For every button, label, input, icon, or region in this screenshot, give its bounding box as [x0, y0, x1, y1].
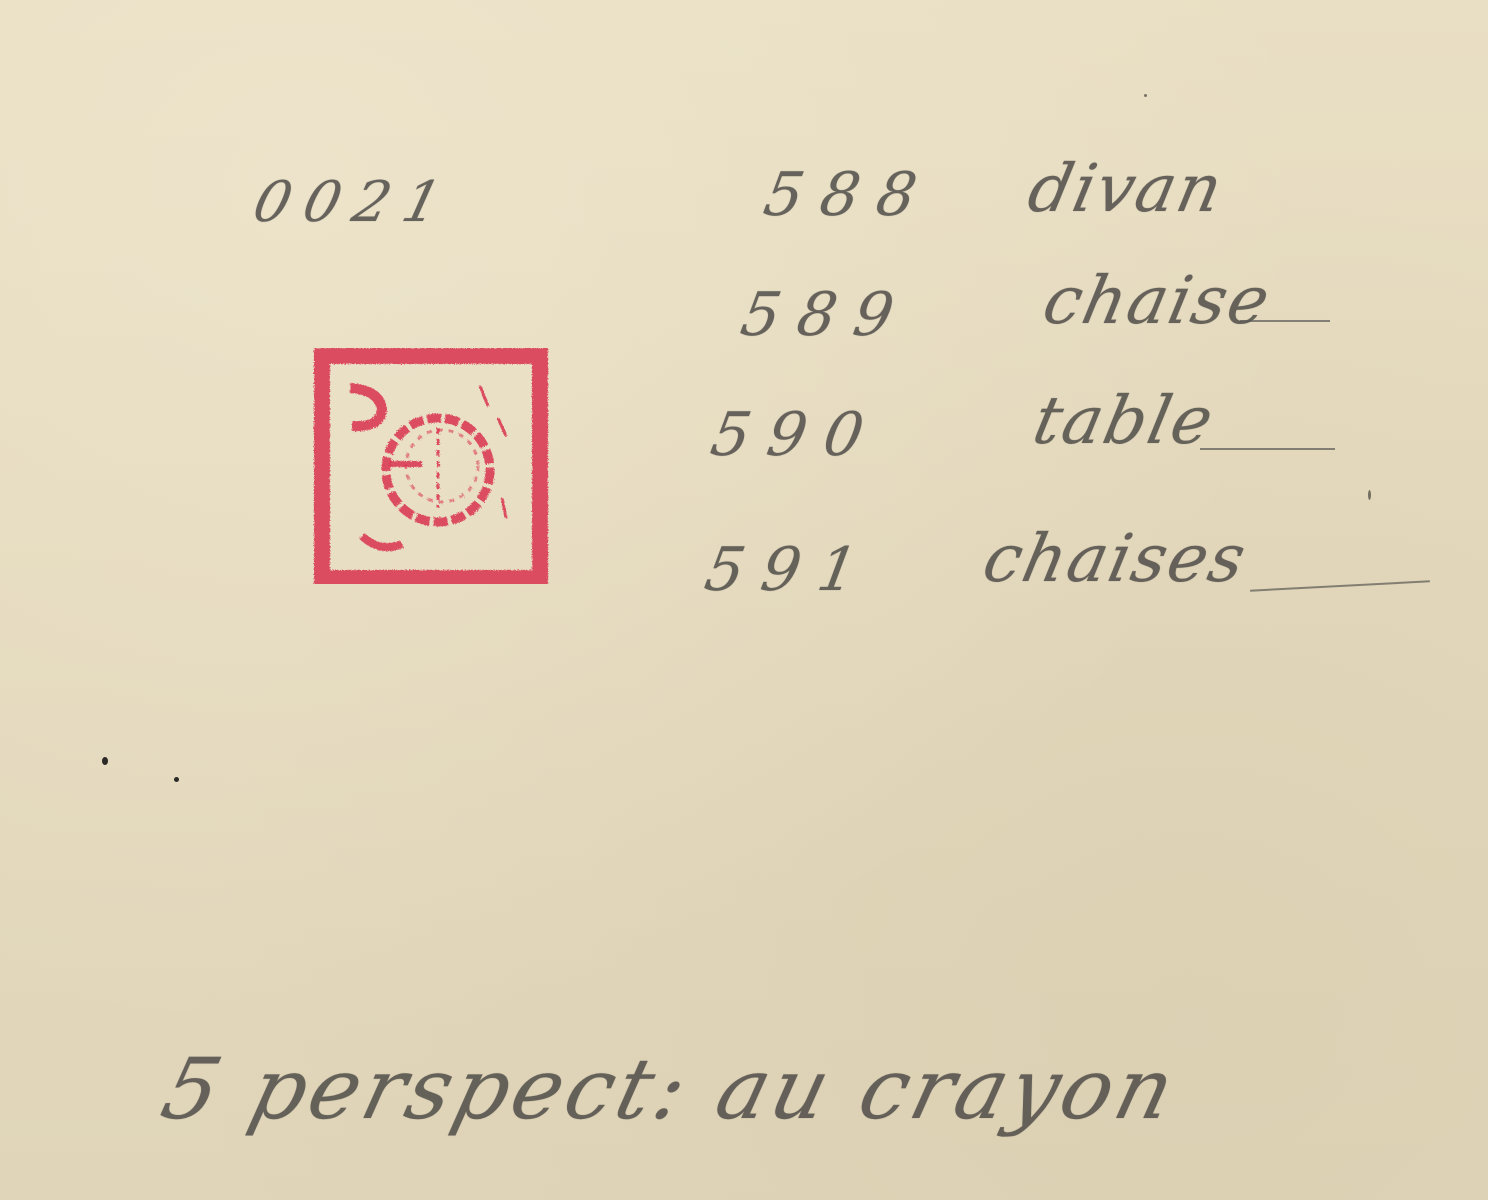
entry-number: 588: [759, 160, 940, 230]
entry-label: chaise: [1037, 262, 1278, 339]
entry-label: chaises: [977, 520, 1254, 597]
stamp-icon: [310, 348, 550, 584]
entry-number: 589: [736, 280, 917, 350]
collection-stamp: [310, 348, 550, 584]
paper-speck: [1144, 94, 1147, 97]
entry-label: divan: [1022, 150, 1231, 227]
entry-number: 591: [700, 535, 881, 605]
paper-speck: [174, 777, 179, 782]
underline-stroke: [1200, 448, 1335, 450]
catalog-number: 0021: [247, 170, 462, 235]
bottom-note: 5 perspect: au crayon: [153, 1040, 1188, 1138]
underline-stroke: [1240, 320, 1330, 322]
entry-number: 590: [706, 400, 887, 470]
paper-speck: [1368, 490, 1371, 500]
paper-speck: [102, 757, 108, 765]
entry-label: table: [1027, 382, 1222, 459]
